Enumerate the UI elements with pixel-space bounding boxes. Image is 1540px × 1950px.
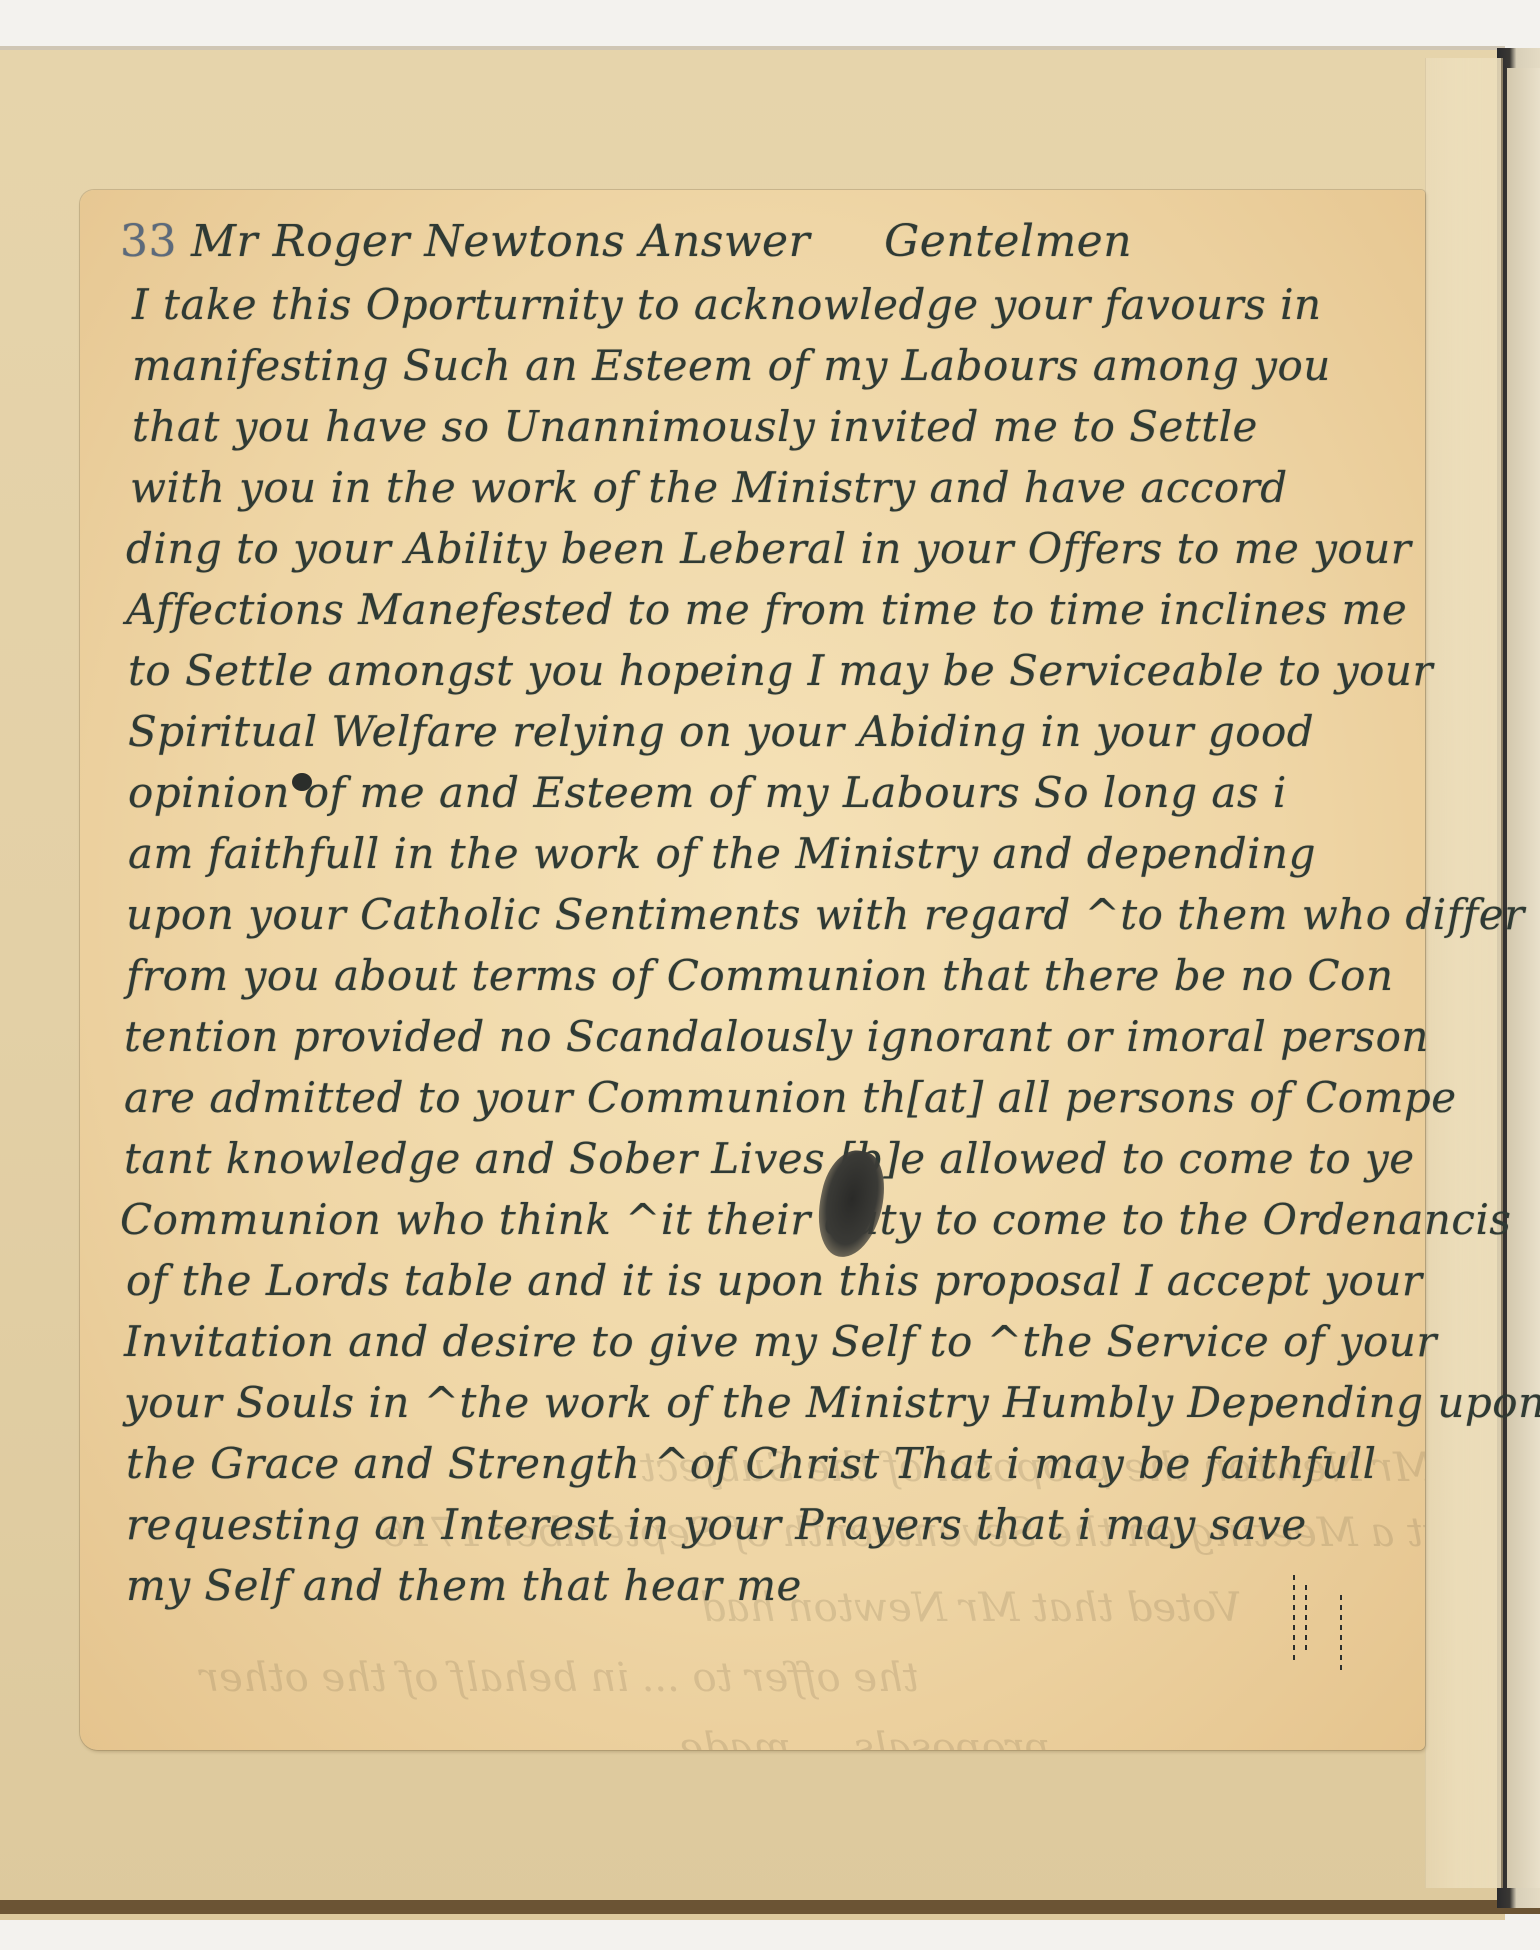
ink-spot (292, 773, 312, 791)
ink-drip (1305, 1585, 1307, 1655)
heading-title: Mr Roger Newtons Answer (191, 216, 810, 267)
album-binding (1497, 48, 1540, 1908)
text-line: tention provided no Scandalously ignoran… (120, 1006, 1400, 1067)
binding-inner-edge (1507, 68, 1540, 1888)
text-line: tant knowledge and Sober Lives [b]e allo… (120, 1128, 1400, 1189)
bleed-line: the offer to ... in behalf of the other (200, 1655, 919, 1701)
scan-scene: Mr Newton the proposal of the Subject At… (0, 0, 1540, 1950)
text-line: your Souls in ^the work of the Ministry … (120, 1372, 1400, 1433)
text-line: my Self and them that hear me (120, 1555, 1400, 1616)
letter-heading: 33Mr Roger Newtons AnswerGentelmen (120, 210, 1400, 274)
album-bottom-edge (0, 1900, 1540, 1914)
text-line: am faithfull in the work of the Ministry… (120, 823, 1400, 884)
text-line: Invitation and desire to give my Self to… (120, 1311, 1400, 1372)
text-line: I take this Oporturnity to acknowledge y… (120, 274, 1400, 335)
salutation: Gentelmen (884, 216, 1132, 267)
text-line: with you in the work of the Ministry and… (120, 457, 1400, 518)
ink-drips (1285, 1575, 1355, 1675)
text-line: upon your Catholic Sentiments with regar… (120, 884, 1400, 945)
text-line: from you about terms of Communion that t… (120, 945, 1400, 1006)
manuscript-leaf: Mr Newton the proposal of the Subject At… (80, 190, 1425, 1750)
text-line: ding to your Ability been Leberal in you… (120, 518, 1400, 579)
text-line: are admitted to your Communion th[at] al… (120, 1067, 1400, 1128)
text-line: that you have so Unannimously invited me… (120, 396, 1400, 457)
text-line: opinion of me and Esteem of my Labours S… (120, 762, 1400, 823)
text-line: Affections Manefested to me from time to… (120, 579, 1400, 640)
text-line: Spiritual Welfare relying on your Abidin… (120, 701, 1400, 762)
ink-drip (1293, 1575, 1295, 1665)
text-line: Communion who think ^it their duty to co… (120, 1189, 1400, 1250)
bleed-line: proposals ... made (680, 1725, 1051, 1750)
text-line: manifesting Such an Esteem of my Labours… (120, 335, 1400, 396)
text-line: the Grace and Strength ^of Christ That i… (120, 1433, 1400, 1494)
folio-number: 33 (120, 216, 177, 267)
text-line: of the Lords table and it is upon this p… (120, 1250, 1400, 1311)
letter-text: 33Mr Roger Newtons AnswerGentelmen I tak… (120, 210, 1400, 1616)
text-line: to Settle amongst you hopeing I may be S… (120, 640, 1400, 701)
ink-drip (1340, 1595, 1342, 1675)
text-line: requesting an Interest in your Prayers t… (120, 1494, 1400, 1555)
tissue-interleaf-edge (1425, 58, 1503, 1888)
